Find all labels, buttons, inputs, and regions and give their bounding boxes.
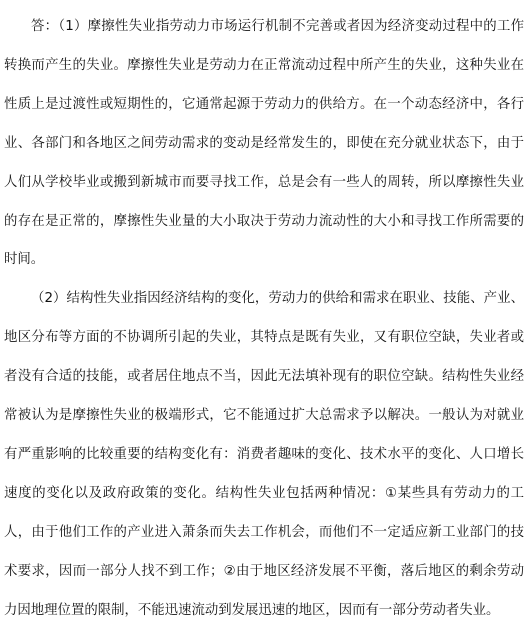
paragraph-structural-unemployment: （2）结构性失业指因经济结构的变化，劳动力的供给和需求在职业、技能、产业、地区分… — [4, 280, 524, 595]
paragraph-frictional-unemployment: 答：（1）摩擦性失业指劳动力市场运行机制不完善或者因为经济变动过程中的工作转换而… — [4, 8, 524, 280]
document-body: 答：（1）摩擦性失业指劳动力市场运行机制不完善或者因为经济变动过程中的工作转换而… — [4, 8, 524, 595]
